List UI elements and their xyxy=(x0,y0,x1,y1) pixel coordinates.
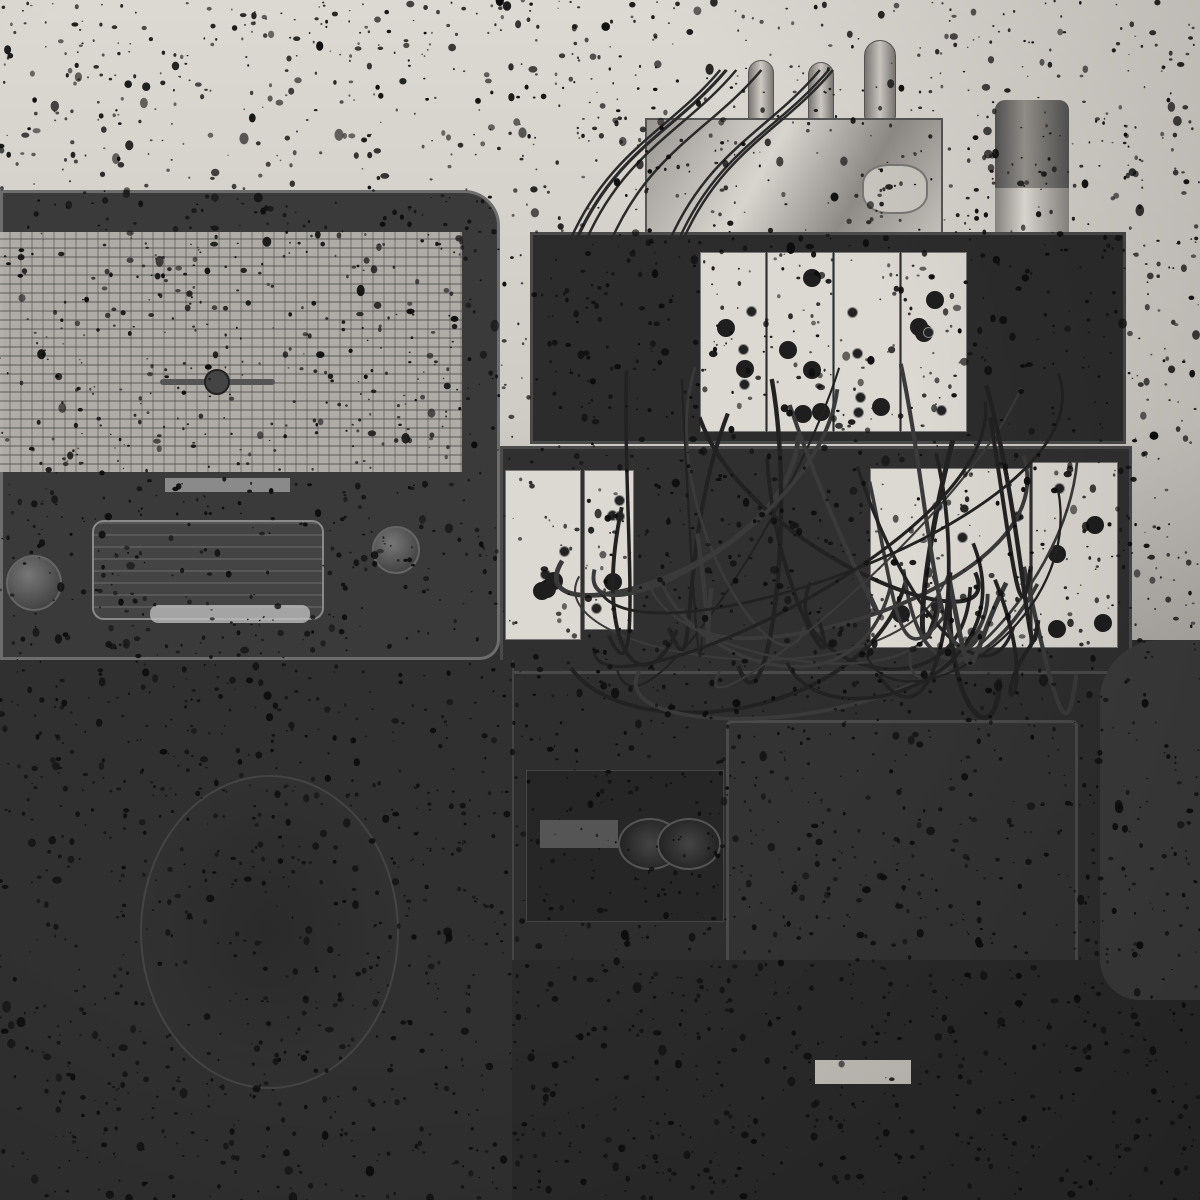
radio-grille xyxy=(0,232,462,472)
person-shoulder xyxy=(1100,640,1200,1000)
cassette-reel xyxy=(657,818,721,870)
synth-module-panel xyxy=(1032,462,1118,648)
vacuum-tube xyxy=(808,62,834,122)
synth-module-panel xyxy=(870,468,1030,648)
radio-scale-strip xyxy=(150,605,310,623)
radio-volume-knob xyxy=(6,555,62,611)
power-tube-base xyxy=(995,188,1069,238)
synth-module-panel xyxy=(584,470,634,630)
synth-module-panel xyxy=(505,470,581,640)
deck-display xyxy=(540,820,618,848)
vacuum-tube xyxy=(748,60,774,122)
synth-module-panel xyxy=(901,252,967,432)
photo-scene: Black-and-white speckled photograph of v… xyxy=(0,0,1200,1200)
radio-emblem-icon xyxy=(160,368,275,396)
turntable-outline xyxy=(140,775,399,1089)
radio-band-label xyxy=(165,478,290,492)
right-cabinet xyxy=(726,720,1078,976)
chassis-socket-plate xyxy=(862,164,928,214)
synth-module-panel xyxy=(700,252,766,432)
synth-module-panel xyxy=(767,252,833,432)
label-plate xyxy=(815,1060,911,1084)
synth-module-panel xyxy=(834,252,900,432)
radio-tuning-knob xyxy=(372,526,420,574)
vacuum-tube xyxy=(864,40,896,120)
